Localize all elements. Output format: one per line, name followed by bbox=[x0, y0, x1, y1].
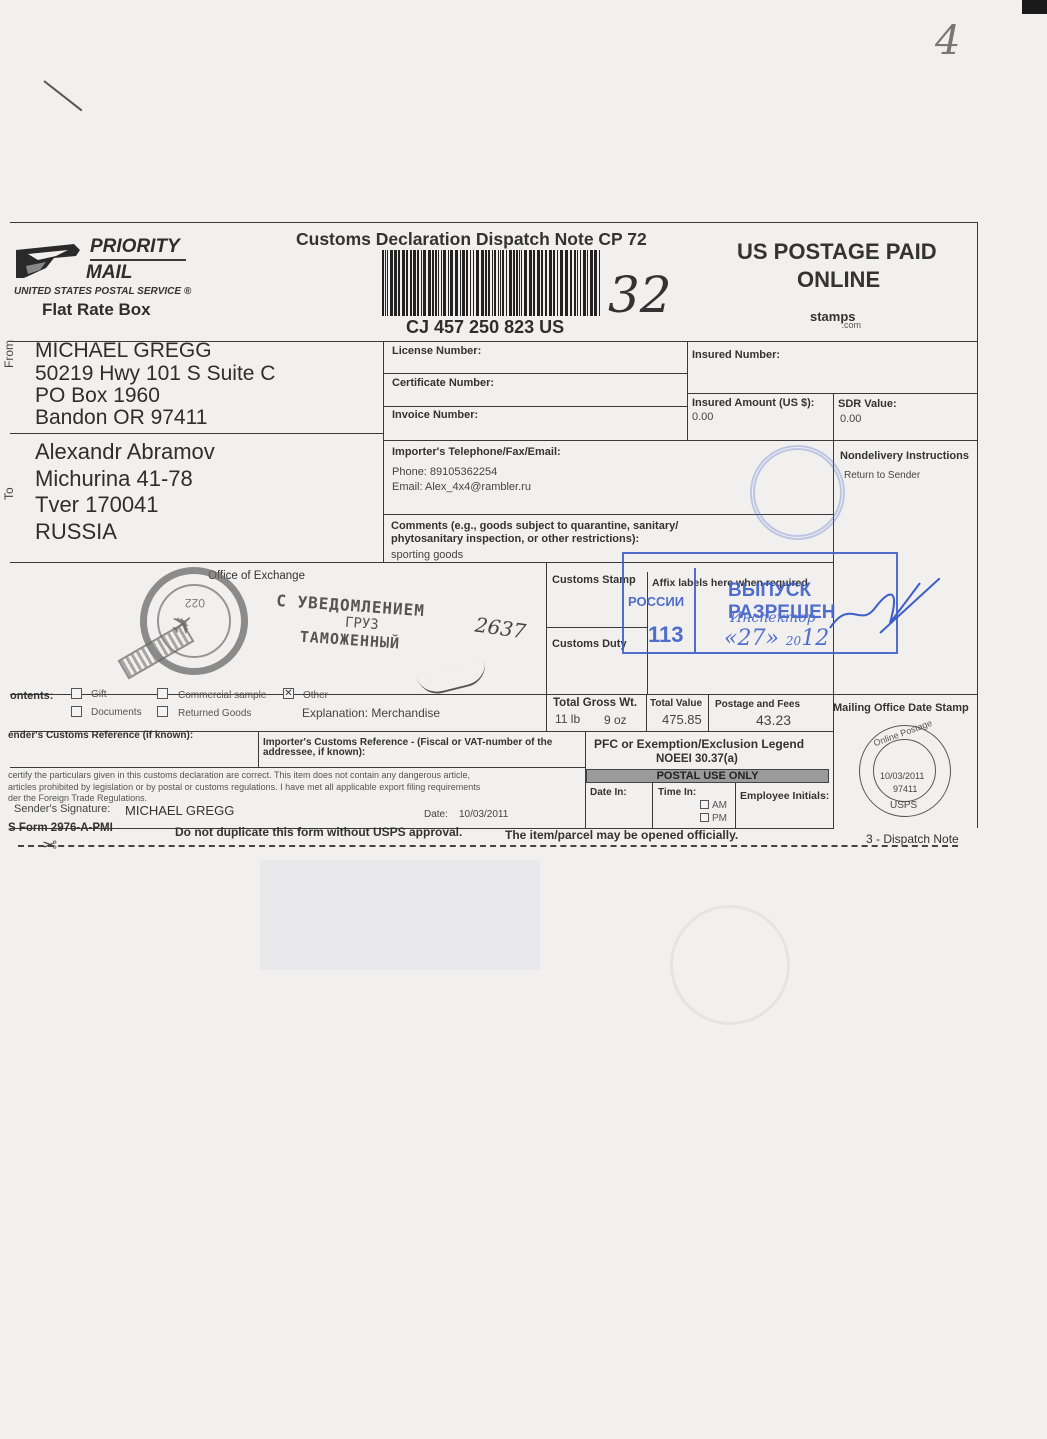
checkbox-pm-label: PM bbox=[712, 813, 727, 824]
signature-date-label: Date: bbox=[424, 809, 448, 820]
time-in-label: Time In: bbox=[658, 787, 696, 798]
customs-handwritten-number: 2637 bbox=[474, 613, 528, 644]
online-postage-date: 10/03/2011 bbox=[880, 771, 924, 781]
checkbox-other[interactable]: ✕ bbox=[283, 688, 294, 699]
certification-line2: articles prohibited by legislation or by… bbox=[8, 782, 480, 792]
grid-vline-value bbox=[646, 694, 647, 732]
office-exchange-stamp-code: 022 bbox=[185, 596, 205, 610]
checkbox-am-label: AM bbox=[712, 800, 727, 811]
nondelivery-value: Return to Sender bbox=[844, 470, 920, 481]
comments-label-line2: phytosanitary inspection, or other restr… bbox=[391, 533, 639, 545]
form-title: Customs Declaration Dispatch Note CP 72 bbox=[296, 229, 647, 250]
form-top-border bbox=[10, 222, 978, 223]
gross-weight-label: Total Gross Wt. bbox=[553, 697, 637, 709]
checkbox-documents-label: Documents bbox=[91, 707, 142, 718]
pen-mark bbox=[43, 80, 82, 111]
postage-fees-label: Postage and Fees bbox=[715, 699, 800, 710]
from-side-label: From bbox=[2, 340, 16, 368]
checkbox-am[interactable] bbox=[700, 800, 709, 809]
signature-label: Sender's Signature: bbox=[14, 803, 110, 815]
dispatch-note-copy: 3 - Dispatch Note bbox=[866, 832, 959, 846]
to-side-label: To bbox=[2, 487, 16, 500]
date-in-label: Date In: bbox=[590, 787, 627, 798]
pfc-label: PFC or Exemption/Exclusion Legend bbox=[594, 737, 804, 751]
contents-label: ontents: bbox=[10, 690, 53, 702]
brand-priority: PRIORITY bbox=[90, 236, 180, 258]
checkbox-gift-label: Gift bbox=[91, 689, 107, 700]
grid-vline-time bbox=[652, 783, 653, 828]
certification-line3: der the Foreign Trade Regulations. bbox=[8, 793, 147, 803]
stamps-com-logo: stamps.com bbox=[810, 308, 875, 326]
checkbox-documents[interactable] bbox=[71, 706, 82, 717]
brand-mail: MAIL bbox=[86, 262, 132, 284]
tracking-number: CJ 457 250 823 US bbox=[406, 317, 564, 338]
grid-vline-insured bbox=[687, 341, 688, 441]
contents-explanation: Explanation: Merchandise bbox=[302, 706, 440, 720]
importer-ref-label-line2: addressee, if known): bbox=[263, 747, 365, 758]
nondelivery-label: Nondelivery Instructions bbox=[840, 450, 969, 462]
insured-amount-value: 0.00 bbox=[692, 411, 713, 423]
postage-paid-line2: ONLINE bbox=[797, 267, 880, 293]
postage-fees-value: 43.23 bbox=[756, 712, 791, 728]
customs-signature bbox=[416, 660, 489, 698]
total-value: 475.85 bbox=[662, 712, 702, 727]
from-city: Bandon OR 97411 bbox=[35, 407, 207, 429]
form-right-border bbox=[977, 222, 978, 828]
checkbox-other-label: Other bbox=[303, 690, 328, 701]
sdr-value: 0.00 bbox=[840, 413, 861, 425]
scan-edge-mark bbox=[1022, 0, 1047, 14]
comments-label-line1: Comments (e.g., goods subject to quarant… bbox=[391, 520, 678, 532]
product-name: Flat Rate Box bbox=[42, 300, 151, 320]
bleed-through-circle bbox=[670, 905, 790, 1025]
form-number: S Form 2976-A-PMI bbox=[8, 822, 113, 834]
inspector-signature bbox=[820, 578, 940, 638]
grid-hline-license bbox=[383, 373, 687, 374]
scissors-icon: ✂ bbox=[42, 833, 57, 854]
release-stamp-divider bbox=[694, 568, 696, 654]
total-value-label: Total Value bbox=[650, 698, 702, 709]
customs-text-stamp: С УВЕДОМЛЕНИЕМ ГРУЗ ТАМОЖЕННЫЙ bbox=[273, 591, 425, 654]
from-name: MICHAEL GREGG bbox=[35, 340, 212, 362]
bleed-through-mark bbox=[260, 860, 540, 970]
checkbox-gift[interactable] bbox=[71, 688, 82, 699]
postal-use-header: POSTAL USE ONLY bbox=[586, 769, 829, 783]
agency-name: UNITED STATES POSTAL SERVICE ® bbox=[14, 286, 191, 297]
grid-hline-importer bbox=[383, 440, 977, 441]
brand-underline bbox=[90, 259, 186, 261]
invoice-number-label: Invoice Number: bbox=[392, 409, 478, 421]
usps-eagle-logo bbox=[16, 244, 80, 278]
to-city: Tver 170041 bbox=[35, 494, 159, 516]
grid-vline-customs bbox=[546, 562, 547, 694]
tracking-barcode bbox=[382, 250, 602, 316]
grid-hline-insured bbox=[687, 393, 977, 394]
importer-phone: Phone: 89105362254 bbox=[392, 466, 497, 478]
postage-paid-line1: US POSTAGE PAID bbox=[737, 239, 937, 265]
gross-weight-lb: 11 lb bbox=[555, 712, 580, 726]
signature-date: 10/03/2011 bbox=[459, 809, 508, 820]
pfc-value: NOEEI 30.37(a) bbox=[656, 753, 738, 765]
sdr-value-label: SDR Value: bbox=[838, 398, 897, 410]
importer-email: Email: Alex_4x4@rambler.ru bbox=[392, 481, 531, 493]
from-to-divider bbox=[10, 433, 383, 434]
grid-vline-middle bbox=[383, 341, 384, 562]
grid-vline-totals bbox=[546, 694, 547, 732]
grid-vline-importer-ref bbox=[258, 731, 259, 767]
corner-page-number: 4 bbox=[935, 18, 960, 64]
customs-round-stamp bbox=[750, 445, 845, 540]
checkbox-commercial-sample[interactable] bbox=[157, 688, 168, 699]
opened-officially-notice: The item/parcel may be opened officially… bbox=[505, 828, 738, 842]
grid-vline-employee bbox=[735, 783, 736, 828]
release-stamp-number: 113 bbox=[648, 622, 684, 648]
release-stamp-date: «27» 2012 bbox=[724, 626, 829, 651]
checkbox-returned-goods[interactable] bbox=[157, 706, 168, 717]
from-street: 50219 Hwy 101 S Suite C bbox=[35, 363, 275, 385]
sender-signature: MICHAEL GREGG bbox=[125, 803, 234, 818]
handwritten-count: 32 bbox=[608, 266, 672, 324]
checkbox-commercial-sample-label: Commercial sample bbox=[178, 690, 266, 701]
stamps-logo-suffix: .com bbox=[842, 320, 862, 330]
online-postage-zip: 97411 bbox=[893, 784, 917, 794]
importer-contact-label: Importer's Telephone/Fax/Email: bbox=[392, 446, 561, 458]
license-number-label: License Number: bbox=[392, 345, 481, 357]
release-stamp-russia: РОССИИ bbox=[628, 594, 684, 609]
checkbox-returned-goods-label: Returned Goods bbox=[178, 708, 251, 719]
release-stamp-inspector: Инспектор bbox=[730, 610, 816, 626]
to-name: Alexandr Abramov bbox=[35, 441, 215, 463]
grid-vline-postage bbox=[708, 694, 709, 732]
to-country: RUSSIA bbox=[35, 521, 117, 543]
grid-hline-contents bbox=[10, 694, 977, 695]
certificate-number-label: Certificate Number: bbox=[392, 377, 494, 389]
to-street: Michurina 41-78 bbox=[35, 468, 193, 490]
customs-duty-label: Customs Duty bbox=[552, 638, 627, 650]
release-stamp-year-prefix: 20 bbox=[786, 634, 801, 648]
insured-number-label: Insured Number: bbox=[692, 349, 780, 361]
online-postage-stamp: Online Postage 10/03/2011 97411 USPS bbox=[859, 725, 951, 817]
from-pobox: PO Box 1960 bbox=[35, 385, 160, 407]
mailing-stamp-label: Mailing Office Date Stamp bbox=[833, 702, 969, 714]
certification-line1: certify the particulars given in this cu… bbox=[8, 770, 470, 780]
cut-line bbox=[18, 845, 958, 847]
no-duplicate-notice: Do not duplicate this form without USPS … bbox=[175, 825, 462, 839]
employee-initials-label: Employee Initials: bbox=[740, 790, 829, 802]
comments-value: sporting goods bbox=[391, 549, 463, 561]
online-postage-usps: USPS bbox=[890, 800, 917, 811]
grid-hline-certification bbox=[10, 767, 585, 768]
gross-weight-oz: 9 oz bbox=[604, 713, 627, 727]
insured-amount-label: Insured Amount (US $): bbox=[692, 397, 814, 409]
release-stamp-day: 27 bbox=[737, 626, 765, 651]
grid-hline-certificate bbox=[383, 406, 687, 407]
checkbox-pm[interactable] bbox=[700, 813, 709, 822]
sender-ref-label: ender's Customs Reference (if known): bbox=[8, 730, 193, 741]
